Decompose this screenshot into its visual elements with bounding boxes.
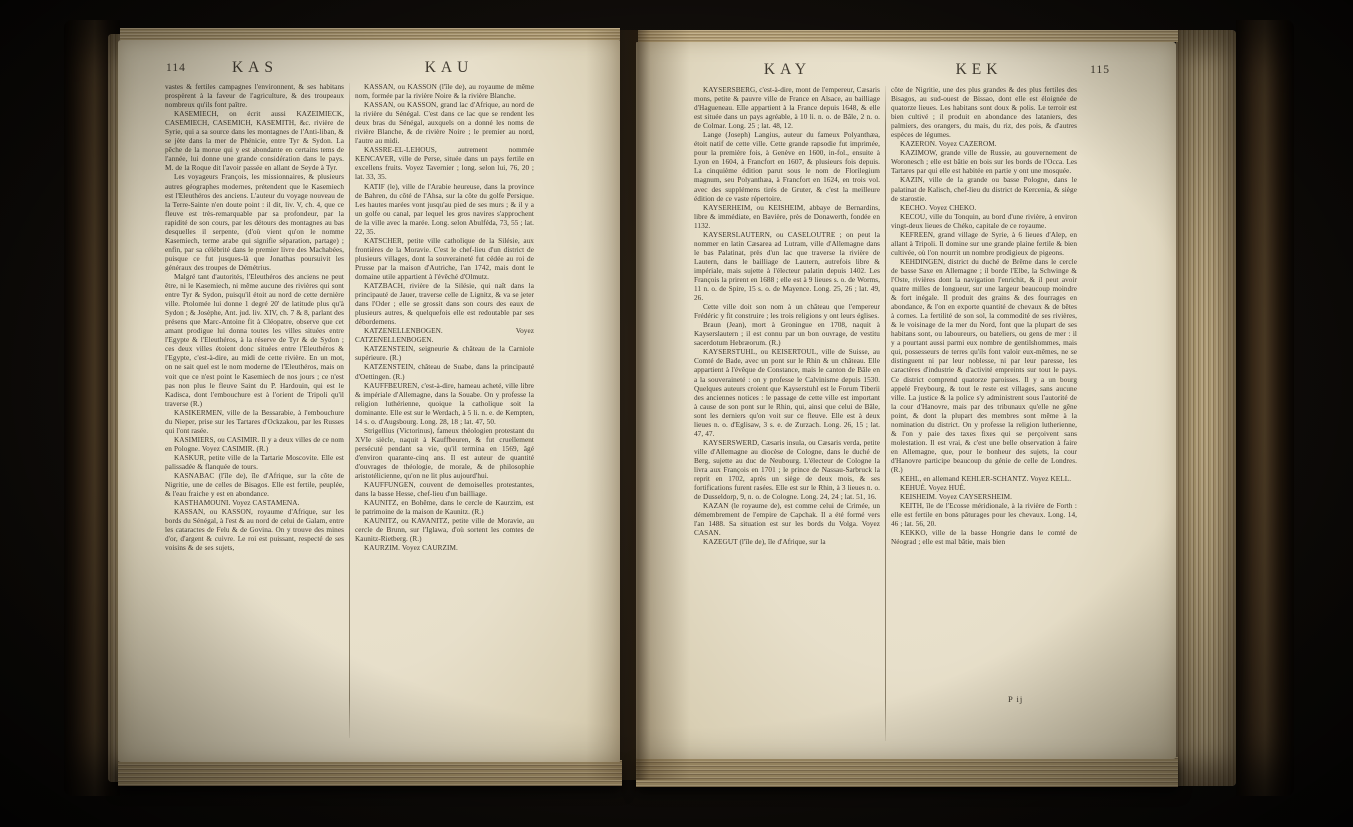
- paragraph: Cette ville doit son nom à un château qu…: [694, 303, 880, 321]
- book-cover-right: [1236, 20, 1294, 796]
- paragraph: KEITH, île de l'Ecosse méridionale, à la…: [891, 502, 1077, 529]
- page-edges-bottom-right: [636, 757, 1178, 787]
- paragraph: KEFREEN, grand village de Syrie, à 6 lie…: [891, 231, 1077, 258]
- paragraph: Malgré tant d'autorités, l'Eleuthéros de…: [165, 273, 344, 409]
- paragraph: KATSCHER, petite ville catholique de la …: [355, 237, 534, 282]
- paragraph: KAURZIM. Voyez CAURZIM.: [355, 544, 534, 553]
- paragraph: KAZIMOW, grande ville de Russie, au gouv…: [891, 149, 1077, 176]
- paragraph: KAYSERSBERG, c'est-à-dire, mont de l'emp…: [694, 86, 880, 131]
- paragraph: KAZAN (le royaume de), est comme celui d…: [694, 502, 880, 538]
- running-title-kau: KAU: [356, 59, 542, 77]
- left-page-columns: vastes & fertiles campagnes l'environnen…: [165, 83, 534, 745]
- paragraph: KEISHEIM. Voyez CAYSERSHEIM.: [891, 493, 1077, 502]
- paragraph: KASEMIECH, on écrit aussi KAZEIMIECK, CA…: [165, 110, 344, 173]
- text-column-2: KASSAN, ou KASSON (l'île de), au royaume…: [355, 83, 534, 745]
- paragraph: KASIMIERS, ou CASIMIR. Il y a deux ville…: [165, 436, 344, 454]
- paragraph: Braun (Jean), mort à Groningue en 1708, …: [694, 321, 880, 348]
- running-title-kay: KAY: [695, 61, 880, 79]
- paragraph: KAZEGUT (l'île de), île d'Afrique, sur l…: [694, 538, 880, 547]
- column-divider: [349, 83, 350, 738]
- paragraph: KAUNITZ, en Bohême, dans le cercle de Ka…: [355, 499, 534, 517]
- paragraph: KEKKO, ville de la basse Hongrie dans le…: [891, 529, 1077, 547]
- right-page: KAY KEK 115 KAYSERSBERG, c'est-à-dire, m…: [636, 42, 1176, 759]
- running-title-kek: KEK: [883, 61, 1075, 79]
- paragraph: KASIKERMEN, ville de la Bessarabie, à l'…: [165, 409, 344, 436]
- paragraph: KAZERON. Voyez CAZEROM.: [891, 140, 1077, 149]
- paragraph: KATZBACH, rivière de la Silésie, qui naî…: [355, 282, 534, 327]
- paragraph: KAYSERHEIM, ou KEISHEIM, abbaye de Berna…: [694, 204, 880, 231]
- paragraph: KASSAN, ou KASSON, royaume d'Afrique, su…: [165, 508, 344, 553]
- text-column-3: KAYSERSBERG, c'est-à-dire, mont de l'emp…: [694, 86, 880, 748]
- running-title-kas: KAS: [166, 59, 344, 77]
- paragraph: KATZENSTEIN, château de Suabe, dans la p…: [355, 363, 534, 381]
- right-page-columns: KAYSERSBERG, c'est-à-dire, mont de l'emp…: [694, 86, 1077, 748]
- paragraph: KECOU, ville du Tonquin, au bord d'une r…: [891, 213, 1077, 231]
- paragraph: Les voyageurs François, les missionnaire…: [165, 173, 344, 273]
- page-number-right: 115: [1090, 64, 1110, 76]
- photo-background: 114 KAS KAU vastes & fertiles campagnes …: [0, 0, 1353, 827]
- text-column-4: côte de Nigritie, une des plus grandes &…: [891, 86, 1077, 748]
- paragraph: KATZENELLENBOGEN. Voyez CATZENELLENBOGEN…: [355, 327, 534, 345]
- paragraph: KASSAN, ou KASSON (l'île de), au royaume…: [355, 83, 534, 101]
- column-divider: [885, 86, 886, 741]
- signature-mark: P ij: [1008, 694, 1023, 704]
- paragraph: KASNABAC (l'île de), île d'Afrique, sur …: [165, 472, 344, 499]
- paragraph: Strigellius (Victorinus), fameux théolog…: [355, 427, 534, 481]
- paragraph: KASSRE-EL-LEHOUS, autrement nommée KENCA…: [355, 146, 534, 182]
- paragraph: KAUFFUNGEN, couvent de demoiselles prote…: [355, 481, 534, 499]
- page-edges-top-right: [638, 30, 1178, 42]
- paragraph: KASSAN, ou KASSON, grand lac d'Afrique, …: [355, 101, 534, 146]
- paragraph: KASKUR, petite ville de la Tartarie Mosc…: [165, 454, 344, 472]
- page-edges-top-left: [120, 28, 620, 40]
- paragraph: KAZIN, ville de la grande ou basse Polog…: [891, 176, 1077, 203]
- left-page: 114 KAS KAU vastes & fertiles campagnes …: [118, 40, 620, 762]
- paragraph: KEHDINGEN, district du duché de Brême da…: [891, 258, 1077, 475]
- paragraph: KATZENSTEIN, seigneurie & château de la …: [355, 345, 534, 363]
- paragraph: KAYSERSLAUTERN, ou CASELOUTRE ; on peut …: [694, 231, 880, 303]
- right-page-header: KAY KEK 115: [636, 61, 1176, 83]
- paragraph: vastes & fertiles campagnes l'environnen…: [165, 83, 344, 110]
- paragraph: KAYSERSTUHL, ou KEISERTOUL, ville de Sui…: [694, 348, 880, 438]
- paragraph: KASTHAMOUNI. Voyez CASTAMENA.: [165, 499, 344, 508]
- paragraph: KAUNITZ, ou KAVANITZ, petite ville de Mo…: [355, 517, 534, 544]
- paragraph: KATIF (le), ville de l'Arabie heureuse, …: [355, 183, 534, 237]
- page-edges-right: [1176, 30, 1236, 786]
- paragraph: KECHO. Voyez CHEKO.: [891, 204, 1077, 213]
- paragraph: KAYSERSWERD, Cæsaris insula, ou Cæsaris …: [694, 439, 880, 502]
- left-page-header: 114 KAS KAU: [118, 59, 620, 81]
- text-column-1: vastes & fertiles campagnes l'environnen…: [165, 83, 344, 745]
- paragraph: KAUFFBEUREN, c'est-à-dire, hameau acheté…: [355, 382, 534, 427]
- page-edges-bottom-left: [118, 760, 622, 786]
- paragraph: côte de Nigritie, une des plus grandes &…: [891, 86, 1077, 140]
- paragraph: Lange (Joseph) Langius, auteur du fameux…: [694, 131, 880, 203]
- paragraph: KEHUÉ. Voyez HUÉ.: [891, 484, 1077, 493]
- paragraph: KEHL, en allemand KEHLER-SCHANTZ. Voyez …: [891, 475, 1077, 484]
